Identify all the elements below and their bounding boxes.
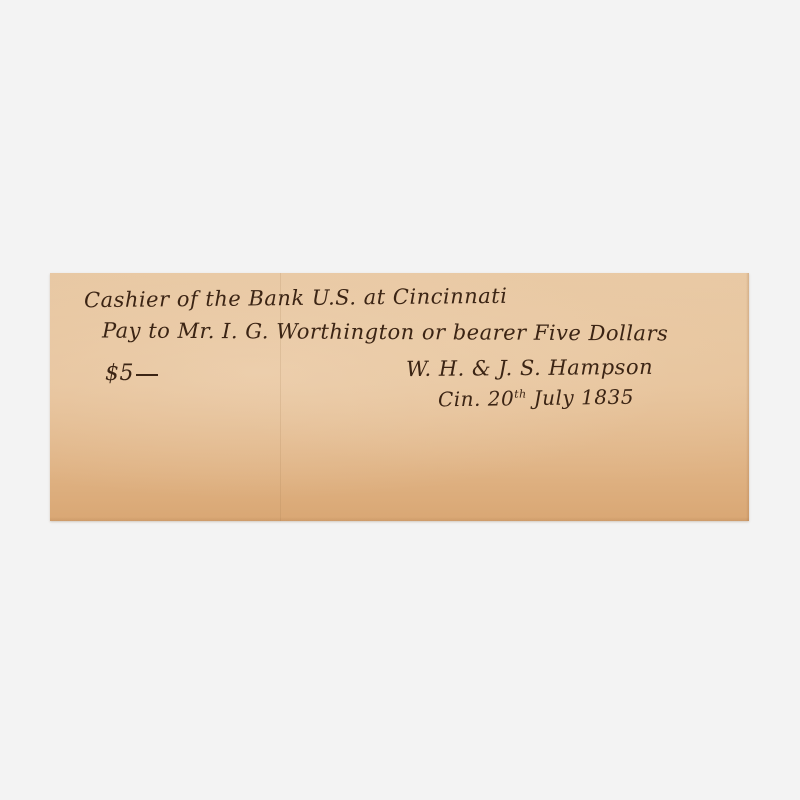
signature: W. H. & J. S. Hampson: [406, 355, 653, 381]
amount-value: $5: [105, 361, 134, 386]
date-line: Cin. 20th July 1835: [438, 385, 634, 412]
date-suffix: th: [514, 387, 527, 400]
amount-underline: [136, 374, 158, 376]
pay-instruction-line: Pay to Mr. I. G. Worthington or bearer F…: [102, 319, 668, 346]
amount-figure: $5: [105, 361, 158, 386]
check-document: Cashier of the Bank U.S. at Cincinnati P…: [50, 273, 749, 521]
date-day: 20: [488, 386, 515, 410]
date-month-year: July 1835: [533, 385, 634, 410]
date-place: Cin.: [438, 387, 481, 412]
paper-fold-crease: [280, 273, 281, 521]
addressee-line: Cashier of the Bank U.S. at Cincinnati: [84, 284, 508, 312]
